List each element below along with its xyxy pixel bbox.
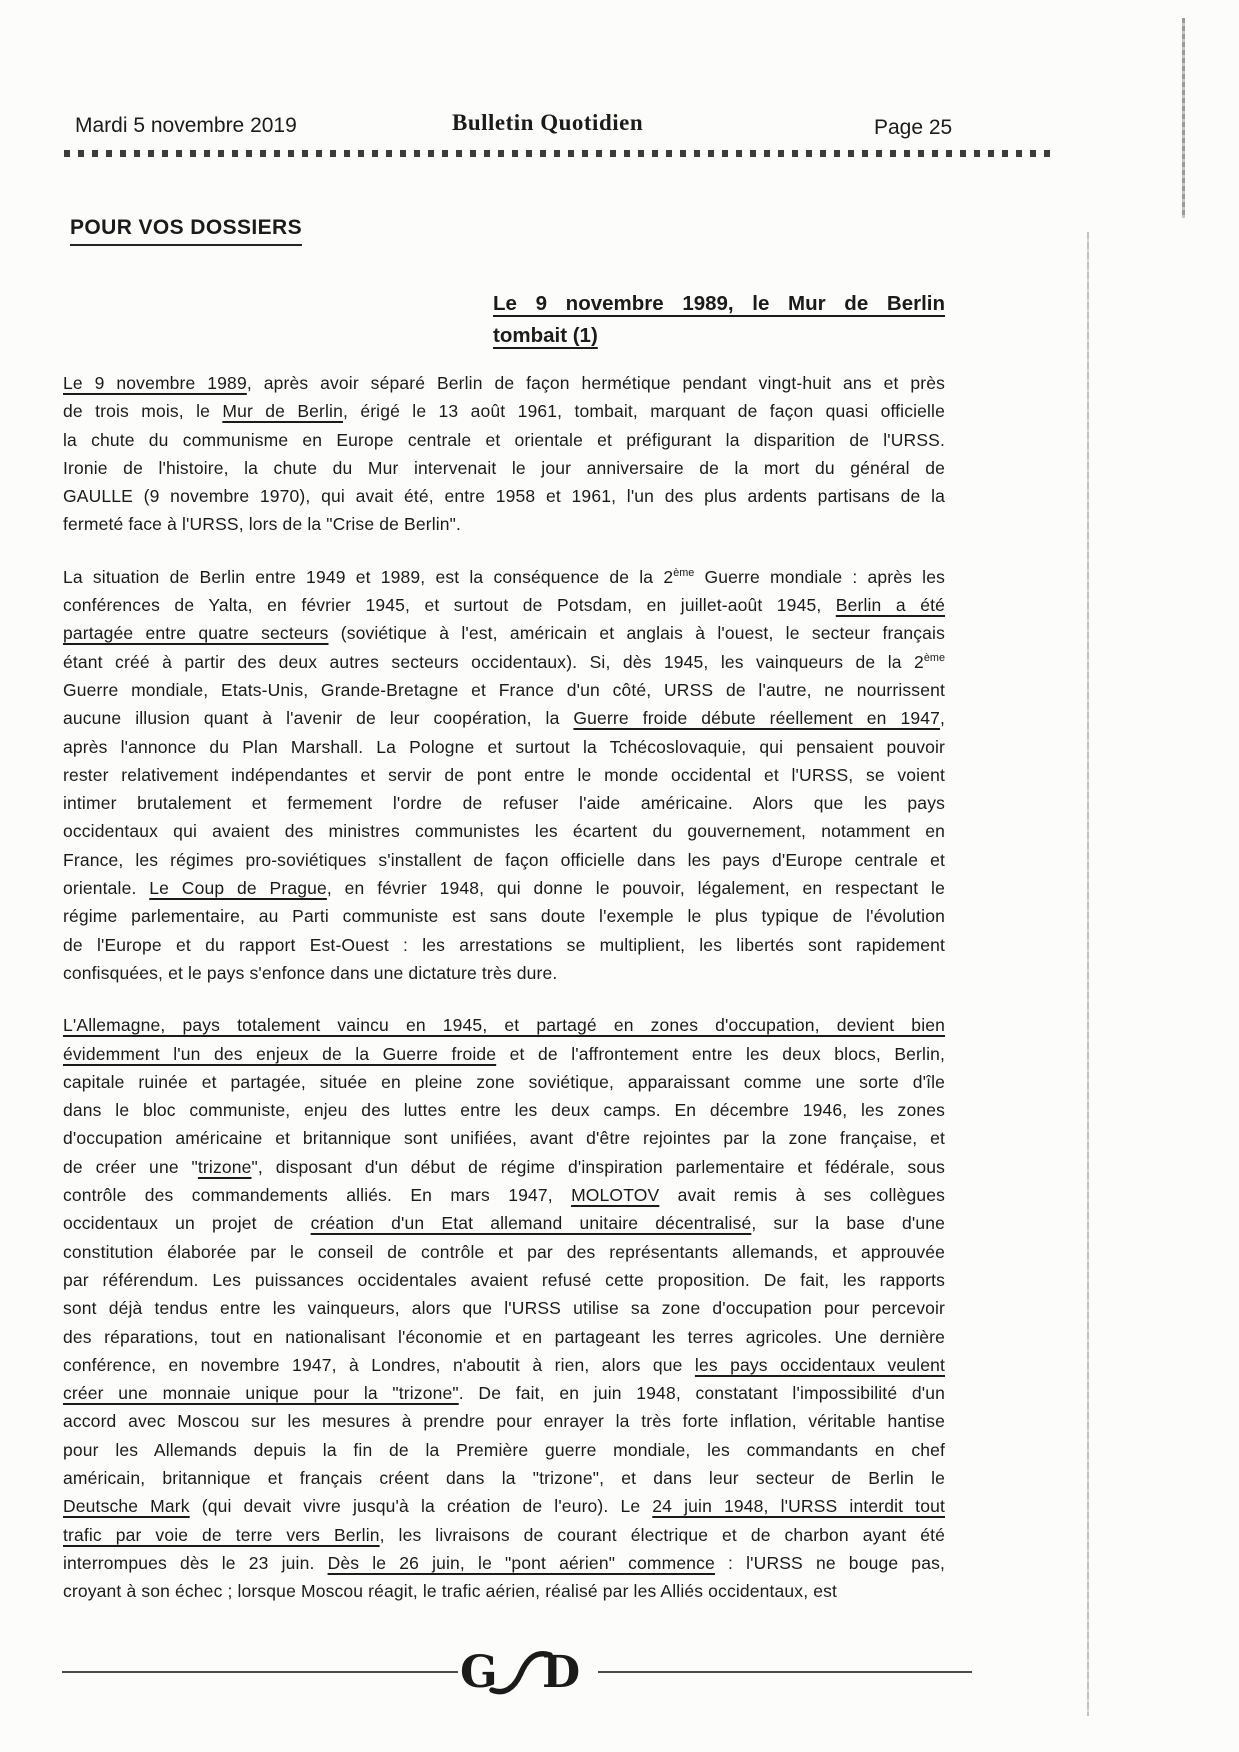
text-line: Ironie de l'histoire, la chute du Mur in… [63, 454, 945, 482]
text-line: capitale ruinée et partagée, située en p… [63, 1068, 945, 1096]
logo-letter-d: D [542, 1647, 580, 1696]
underlined-text: trizone [198, 1157, 252, 1177]
text-line: dans le bloc communiste, enjeu des lutte… [63, 1096, 945, 1124]
text-segment: accord avec Moscou sur les mesures à pre… [63, 1411, 945, 1431]
text-line: L'Allemagne, pays totalement vaincu en 1… [63, 1011, 945, 1039]
paragraph: La situation de Berlin entre 1949 et 198… [63, 563, 945, 987]
journal-title: Bulletin Quotidien [452, 110, 643, 136]
text-line: conférences de Yalta, en février 1945, e… [63, 591, 945, 619]
paragraph: L'Allemagne, pays totalement vaincu en 1… [63, 1011, 945, 1605]
text-line: interrompues dès le 23 juin. Dès le 26 j… [63, 1549, 945, 1577]
section-title: POUR VOS DOSSIERS [70, 216, 302, 246]
text-line: GAULLE (9 novembre 1970), qui avait été,… [63, 482, 945, 510]
text-segment: (qui devait vivre jusqu'à la création de… [190, 1496, 653, 1516]
underlined-text: trafic par voie de terre vers Berlin [63, 1525, 380, 1545]
text-line: d'occupation américaine et britannique s… [63, 1124, 945, 1152]
text-segment: occidentaux qui avaient des ministres co… [63, 821, 945, 841]
underlined-text: Le Coup de Prague [149, 878, 327, 898]
text-line: par référendum. Les puissances occidenta… [63, 1266, 945, 1294]
text-line: régime parlementaire, au Parti communist… [63, 902, 945, 930]
text-line: Guerre mondiale, Etats-Unis, Grande-Bret… [63, 676, 945, 704]
text-segment: avait remis à ses collègues [659, 1185, 945, 1205]
text-segment: après l'annonce du Plan Marshall. La Pol… [63, 737, 945, 757]
text-segment: aucune illusion quant à l'avenir de leur… [63, 708, 573, 728]
text-segment: , sur la base d'une [751, 1213, 945, 1233]
text-line: créer une monnaie unique pour la "trizon… [63, 1379, 945, 1407]
article-title-line-1: Le 9 novembre 1989, le Mur de Berlin [493, 288, 945, 320]
text-line: partagée entre quatre secteurs (soviétiq… [63, 619, 945, 647]
underlined-text: partagée entre quatre secteurs [63, 623, 328, 643]
text-segment: sont déjà tendus entre les vainqueurs, a… [63, 1298, 945, 1318]
text-segment: constitution élaborée par le conseil de … [63, 1242, 945, 1262]
footer-rule-right [598, 1671, 972, 1673]
document-page: Mardi 5 novembre 2019 Bulletin Quotidien… [0, 0, 1239, 1752]
text-segment: conférences de Yalta, en février 1945, e… [63, 595, 836, 615]
text-segment: ème [673, 567, 694, 579]
text-line: rester relativement indépendantes et ser… [63, 761, 945, 789]
text-line: de créer une "trizone", disposant d'un d… [63, 1153, 945, 1181]
paragraph: Le 9 novembre 1989, après avoir séparé B… [63, 369, 945, 539]
scan-artifact-line-side [1087, 232, 1089, 1716]
text-segment: capitale ruinée et partagée, située en p… [63, 1072, 945, 1092]
text-line: des réparations, tout en nationalisant l… [63, 1323, 945, 1351]
underlined-text: L'Allemagne, pays totalement vaincu en 1… [63, 1015, 945, 1035]
text-segment: la chute du communisme en Europe central… [63, 430, 945, 450]
text-segment: et de l'affrontement entre les deux bloc… [496, 1044, 945, 1064]
text-segment: interrompues dès le 23 juin. [63, 1553, 328, 1573]
text-segment: ", disposant d'un début de régime d'insp… [252, 1157, 946, 1177]
text-line: Deutsche Mark (qui devait vivre jusqu'à … [63, 1492, 945, 1520]
page-number: Page 25 [874, 116, 952, 140]
text-segment: dans le bloc communiste, enjeu des lutte… [63, 1100, 945, 1120]
text-segment: . De fait, en juin 1948, constatant l'im… [459, 1383, 945, 1403]
text-line: la chute du communisme en Europe central… [63, 426, 945, 454]
text-segment: intimer brutalement et fermement l'ordre… [63, 793, 945, 813]
text-line: trafic par voie de terre vers Berlin, le… [63, 1521, 945, 1549]
text-segment: , [940, 708, 945, 728]
text-segment: étant créé à partir des deux autres sect… [63, 652, 924, 672]
article-body: Le 9 novembre 1989, après avoir séparé B… [63, 369, 945, 1629]
dotted-separator [64, 150, 1052, 157]
text-line: orientale. Le Coup de Prague, en février… [63, 874, 945, 902]
text-segment: , les livraisons de courant électrique e… [380, 1525, 945, 1545]
underlined-text: évidemment l'un des enjeux de la Guerre … [63, 1044, 496, 1064]
text-segment: rester relativement indépendantes et ser… [63, 765, 945, 785]
text-line: contrôle des commandements alliés. En ma… [63, 1181, 945, 1209]
text-segment: , après avoir séparé Berlin de façon her… [247, 373, 945, 393]
text-line: après l'annonce du Plan Marshall. La Pol… [63, 733, 945, 761]
underlined-text: Guerre froide débute réellement en 1947 [573, 708, 940, 728]
text-segment: américain, britannique et français créen… [63, 1468, 945, 1488]
text-segment: par référendum. Les puissances occidenta… [63, 1270, 945, 1290]
text-segment: de créer une " [63, 1157, 198, 1177]
text-segment: d'occupation américaine et britannique s… [63, 1128, 945, 1148]
text-line: intimer brutalement et fermement l'ordre… [63, 789, 945, 817]
text-segment: GAULLE (9 novembre 1970), qui avait été,… [63, 486, 945, 506]
text-segment: fermeté face à l'URSS, lors de la "Crise… [63, 514, 461, 534]
text-segment: ème [924, 652, 945, 664]
text-segment: régime parlementaire, au Parti communist… [63, 906, 945, 926]
text-segment: contrôle des commandements alliés. En ma… [63, 1185, 571, 1205]
text-line: constitution élaborée par le conseil de … [63, 1238, 945, 1266]
publisher-logo: G D [458, 1646, 590, 1696]
underlined-text: MOLOTOV [571, 1185, 659, 1205]
underlined-text: Le 9 novembre 1989 [63, 373, 247, 393]
underlined-text: 24 juin 1948, l'URSS interdit tout [652, 1496, 945, 1516]
text-line: occidentaux qui avaient des ministres co… [63, 817, 945, 845]
text-line: conférence, en novembre 1947, à Londres,… [63, 1351, 945, 1379]
text-segment: des réparations, tout en nationalisant l… [63, 1327, 945, 1347]
text-line: étant créé à partir des deux autres sect… [63, 648, 945, 676]
underlined-text: création d'un Etat allemand unitaire déc… [311, 1213, 752, 1233]
text-segment: occidentaux un projet de [63, 1213, 311, 1233]
text-segment: , en février 1948, qui donne le pouvoir,… [327, 878, 945, 898]
underlined-text: les pays occidentaux veulent [695, 1355, 945, 1375]
text-segment: croyant à son échec ; lorsque Moscou réa… [63, 1581, 837, 1601]
text-segment: Ironie de l'histoire, la chute du Mur in… [63, 458, 945, 478]
text-segment: pour les Allemands depuis la fin de la P… [63, 1440, 945, 1460]
text-line: de l'Europe et du rapport Est-Ouest : le… [63, 931, 945, 959]
text-line: aucune illusion quant à l'avenir de leur… [63, 704, 945, 732]
text-line: fermeté face à l'URSS, lors de la "Crise… [63, 510, 945, 538]
text-line: américain, britannique et français créen… [63, 1464, 945, 1492]
text-segment: de l'Europe et du rapport Est-Ouest : le… [63, 935, 945, 955]
underlined-text: Berlin a été [836, 595, 945, 615]
text-line: France, les régimes pro-soviétiques s'in… [63, 846, 945, 874]
underlined-text: créer une monnaie unique pour la "trizon… [63, 1383, 459, 1403]
article-title-line-2: tombait (1) [493, 320, 945, 352]
text-segment: (soviétique à l'est, américain et anglai… [328, 623, 945, 643]
text-segment: de trois mois, le [63, 401, 222, 421]
text-line: croyant à son échec ; lorsque Moscou réa… [63, 1577, 945, 1605]
article-title: Le 9 novembre 1989, le Mur de Berlin tom… [493, 288, 945, 352]
text-segment: France, les régimes pro-soviétiques s'in… [63, 850, 945, 870]
text-line: La situation de Berlin entre 1949 et 198… [63, 563, 945, 591]
underlined-text: Dès le 26 juin, le "pont aérien" commenc… [328, 1553, 715, 1573]
text-line: accord avec Moscou sur les mesures à pre… [63, 1407, 945, 1435]
text-segment: Guerre mondiale, Etats-Unis, Grande-Bret… [63, 680, 945, 700]
text-segment: Guerre mondiale : après les [694, 567, 945, 587]
text-segment: confisquées, et le pays s'enfonce dans u… [63, 963, 557, 983]
text-line: occidentaux un projet de création d'un E… [63, 1209, 945, 1237]
text-line: Le 9 novembre 1989, après avoir séparé B… [63, 369, 945, 397]
header-date: Mardi 5 novembre 2019 [75, 114, 297, 138]
text-segment: La situation de Berlin entre 1949 et 198… [63, 567, 673, 587]
text-segment: : l'URSS ne bouge pas, [715, 1553, 945, 1573]
text-line: pour les Allemands depuis la fin de la P… [63, 1436, 945, 1464]
text-segment: , érigé le 13 août 1961, tombait, marqua… [343, 401, 945, 421]
underlined-text: Mur de Berlin [222, 401, 343, 421]
scan-artifact-line-top [1182, 18, 1185, 218]
text-segment: conférence, en novembre 1947, à Londres,… [63, 1355, 695, 1375]
underlined-text: Deutsche Mark [63, 1496, 190, 1516]
text-line: confisquées, et le pays s'enfonce dans u… [63, 959, 945, 987]
footer-rule-left [62, 1671, 458, 1673]
text-segment: orientale. [63, 878, 149, 898]
text-line: de trois mois, le Mur de Berlin, érigé l… [63, 397, 945, 425]
text-line: évidemment l'un des enjeux de la Guerre … [63, 1040, 945, 1068]
text-line: sont déjà tendus entre les vainqueurs, a… [63, 1294, 945, 1322]
